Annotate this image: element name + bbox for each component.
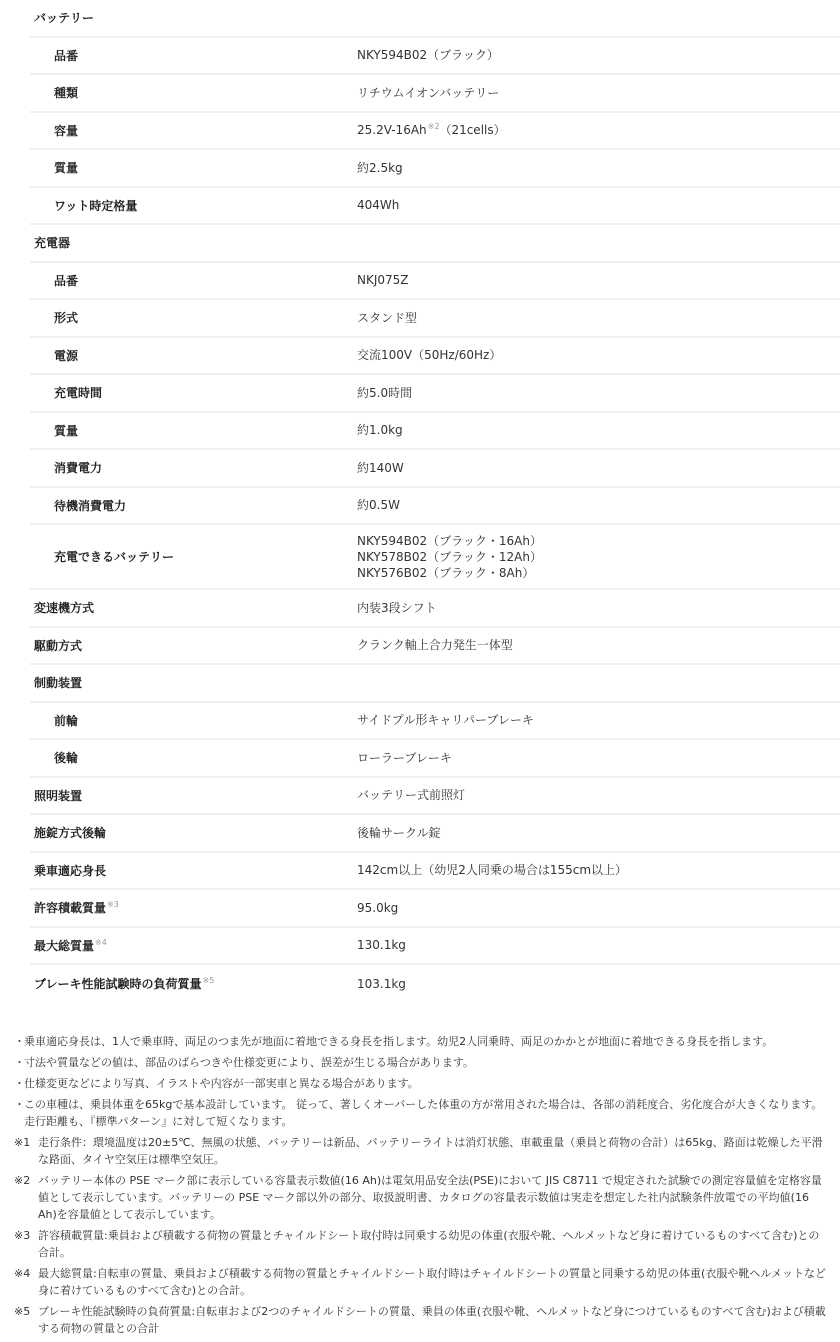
spec-row-lighting: 照明装置 バッテリー式前照灯 [30, 778, 840, 816]
spec-value: 約0.5W [357, 497, 400, 513]
spec-row-max-gross-weight: 最大総質量※4 130.1kg [30, 928, 840, 966]
footnote-mark: ※2 [14, 1172, 38, 1223]
footnote-ref: ※2 [428, 122, 440, 131]
spec-row-charger-form: 形式 スタンド型 [30, 300, 840, 338]
spec-label: ブレーキ性能試験時の負荷質量 [34, 977, 202, 991]
spec-row-front-brake: 前輪 サイドプル形キャリパーブレーキ [30, 703, 840, 741]
footnotes: ・ 乗車適応身長は、1人で乗車時、両足のつま先が地面に着地できる身長を指します。… [14, 1033, 826, 1341]
footnote-5: ※5 ブレーキ性能試験時の負荷質量:自転車および2つのチャイルドシートの質量、乗… [14, 1303, 826, 1337]
spec-label: 駆動方式 [30, 637, 357, 654]
spec-row-charger-charge-time: 充電時間 約5.0時間 [30, 375, 840, 413]
spec-row-lock: 施錠方式後輪 後輪サークル錠 [30, 815, 840, 853]
spec-table: バッテリー 品番 NKY594B02（ブラック） 種類 リチウムイオンバッテリー… [30, 0, 840, 1003]
spec-row-rider-height: 乗車適応身長 142cm以上（幼児2人同乗の場合は155cm以上） [30, 853, 840, 891]
spec-value: 内装3段シフト [357, 600, 437, 616]
note-text: 走行条件：環境温度は20±5℃、無風の状態、バッテリーは新品、バッテリーライトは… [38, 1134, 826, 1168]
spec-label: 形式 [30, 309, 357, 326]
footnote-3: ※3 許容積載質量:乗員および積載する荷物の質量とチャイルドシート取付時は同乗す… [14, 1227, 826, 1261]
spec-label: 充電器 [30, 234, 357, 251]
spec-row-battery-watt-hours: ワット時定格量 404Wh [30, 188, 840, 226]
spec-label: 前輪 [30, 712, 357, 729]
spec-label-wrap: ブレーキ性能試験時の負荷質量※5 [30, 975, 357, 992]
spec-label: 照明装置 [30, 787, 357, 804]
spec-label: 変速機方式 [30, 599, 357, 616]
spec-row-charger-standby-power: 待機消費電力 約0.5W [30, 488, 840, 526]
spec-value: 130.1kg [357, 937, 406, 953]
note-text: ブレーキ性能試験時の負荷質量:自転車および2つのチャイルドシートの質量、乗員の体… [38, 1303, 826, 1337]
spec-label: 品番 [30, 47, 357, 64]
capacity-value: 25.2V-16Ah [357, 123, 427, 137]
spec-label: 後輪 [30, 749, 357, 766]
spec-row-charger-power-consumption: 消費電力 約140W [30, 450, 840, 488]
spec-row-charger-power-source: 電源 交流100V（50Hz/60Hz） [30, 338, 840, 376]
spec-value: バッテリー式前照灯 [357, 787, 465, 803]
spec-row-battery-section: バッテリー [30, 0, 840, 38]
spec-label: 種類 [30, 84, 357, 101]
spec-label-wrap: 許容積載質量※3 [30, 899, 357, 916]
note-item: ・ 寸法や質量などの値は、部品のばらつきや仕様変更により、誤差が生じる場合があり… [14, 1054, 826, 1071]
spec-row-brake-section: 制動装置 [30, 665, 840, 703]
spec-label: バッテリー [30, 9, 357, 26]
note-text: 寸法や質量などの値は、部品のばらつきや仕様変更により、誤差が生じる場合があります… [24, 1054, 826, 1071]
spec-row-battery-weight: 質量 約2.5kg [30, 150, 840, 188]
compatible-battery-item: NKY576B02（ブラック・8Ah） [357, 565, 542, 581]
spec-label: 質量 [30, 159, 357, 176]
note-text: 仕様変更などにより写真、イラストや内容が一部実車と異なる場合があります。 [24, 1075, 826, 1092]
note-item: ・ 乗車適応身長は、1人で乗車時、両足のつま先が地面に着地できる身長を指します。… [14, 1033, 826, 1050]
spec-row-max-load: 許容積載質量※3 95.0kg [30, 890, 840, 928]
spec-value: 約140W [357, 460, 404, 476]
spec-label: 品番 [30, 272, 357, 289]
footnote-ref: ※5 [203, 976, 215, 985]
spec-label: 乗車適応身長 [30, 862, 357, 879]
spec-row-charger-weight: 質量 約1.0kg [30, 413, 840, 451]
spec-row-battery-type: 種類 リチウムイオンバッテリー [30, 75, 840, 113]
spec-value: サイドプル形キャリパーブレーキ [357, 712, 534, 728]
spec-label: 待機消費電力 [30, 497, 357, 514]
bullet-mark: ・ [14, 1075, 24, 1092]
note-text: 最大総質量:自転車の質量、乗員および積載する荷物の質量とチャイルドシート取付時は… [38, 1265, 826, 1299]
spec-label: 質量 [30, 422, 357, 439]
spec-row-brake-test-load: ブレーキ性能試験時の負荷質量※5 103.1kg [30, 965, 840, 1003]
spec-label-wrap: 最大総質量※4 [30, 937, 357, 954]
spec-label: 容量 [30, 122, 357, 139]
spec-value: NKJ075Z [357, 272, 409, 288]
capacity-cells: （21cells） [439, 123, 505, 137]
spec-label: 消費電力 [30, 459, 357, 476]
spec-value: 103.1kg [357, 976, 406, 992]
footnote-mark: ※5 [14, 1303, 38, 1337]
spec-label: 施錠方式後輪 [30, 824, 357, 841]
spec-label: 充電時間 [30, 384, 357, 401]
spec-value: 後輪サークル錠 [357, 825, 441, 841]
note-text: 乗車適応身長は、1人で乗車時、両足のつま先が地面に着地できる身長を指します。幼児… [24, 1033, 826, 1050]
spec-value-list: NKY594B02（ブラック・16Ah） NKY578B02（ブラック・12Ah… [357, 533, 542, 581]
spec-value: NKY594B02（ブラック） [357, 47, 499, 63]
footnote-4: ※4 最大総質量:自転車の質量、乗員および積載する荷物の質量とチャイルドシート取… [14, 1265, 826, 1299]
spec-row-charger-model: 品番 NKJ075Z [30, 263, 840, 301]
spec-row-battery-capacity: 容量 25.2V-16Ah※2（21cells） [30, 113, 840, 151]
note-text: この車種は、乗員体重を65kgで基本設計しています。 従って、著しくオーバーした… [24, 1096, 826, 1130]
spec-value: 404Wh [357, 197, 399, 213]
spec-row-transmission: 変速機方式 内装3段シフト [30, 590, 840, 628]
spec-value: クランク軸上合力発生一体型 [357, 637, 513, 653]
note-text: 許容積載質量:乗員および積載する荷物の質量とチャイルドシート取付時は同乗する幼児… [38, 1227, 826, 1261]
spec-value: 25.2V-16Ah※2（21cells） [357, 122, 506, 138]
spec-label: 充電できるバッテリー [30, 548, 357, 565]
spec-label: 制動装置 [30, 674, 357, 691]
spec-value: 約2.5kg [357, 160, 403, 176]
compatible-battery-item: NKY594B02（ブラック・16Ah） [357, 533, 542, 549]
spec-label: 許容積載質量 [34, 901, 106, 915]
note-text: バッテリー本体の PSE マーク部に表示している容量表示数値(16 Ah)は電気… [38, 1172, 826, 1223]
footnote-ref: ※3 [107, 900, 119, 909]
spec-row-compatible-batteries: 充電できるバッテリー NKY594B02（ブラック・16Ah） NKY578B0… [30, 525, 840, 590]
bullet-mark: ・ [14, 1096, 24, 1130]
bullet-mark: ・ [14, 1033, 24, 1050]
spec-label: ワット時定格量 [30, 197, 357, 214]
footnote-mark: ※1 [14, 1134, 38, 1168]
spec-value: リチウムイオンバッテリー [357, 85, 499, 101]
note-item: ・ この車種は、乗員体重を65kgで基本設計しています。 従って、著しくオーバー… [14, 1096, 826, 1130]
spec-value: 142cm以上（幼児2人同乗の場合は155cm以上） [357, 862, 627, 878]
spec-row-rear-brake: 後輪 ローラーブレーキ [30, 740, 840, 778]
footnote-ref: ※4 [95, 938, 107, 947]
spec-value: 95.0kg [357, 900, 398, 916]
compatible-battery-item: NKY578B02（ブラック・12Ah） [357, 549, 542, 565]
spec-label: 最大総質量 [34, 939, 94, 953]
spec-label: 電源 [30, 347, 357, 364]
bullet-mark: ・ [14, 1054, 24, 1071]
footnote-1: ※1 走行条件：環境温度は20±5℃、無風の状態、バッテリーは新品、バッテリーラ… [14, 1134, 826, 1168]
footnote-mark: ※3 [14, 1227, 38, 1261]
footnote-2: ※2 バッテリー本体の PSE マーク部に表示している容量表示数値(16 Ah)… [14, 1172, 826, 1223]
spec-value: 交流100V（50Hz/60Hz） [357, 347, 501, 363]
spec-row-charger-section: 充電器 [30, 225, 840, 263]
spec-value: ローラーブレーキ [357, 750, 452, 766]
footnote-mark: ※4 [14, 1265, 38, 1299]
spec-row-battery-model: 品番 NKY594B02（ブラック） [30, 38, 840, 76]
note-item: ・ 仕様変更などにより写真、イラストや内容が一部実車と異なる場合があります。 [14, 1075, 826, 1092]
spec-value: 約5.0時間 [357, 385, 412, 401]
spec-row-drive-system: 駆動方式 クランク軸上合力発生一体型 [30, 628, 840, 666]
spec-value: スタンド型 [357, 310, 417, 326]
spec-value: 約1.0kg [357, 422, 403, 438]
